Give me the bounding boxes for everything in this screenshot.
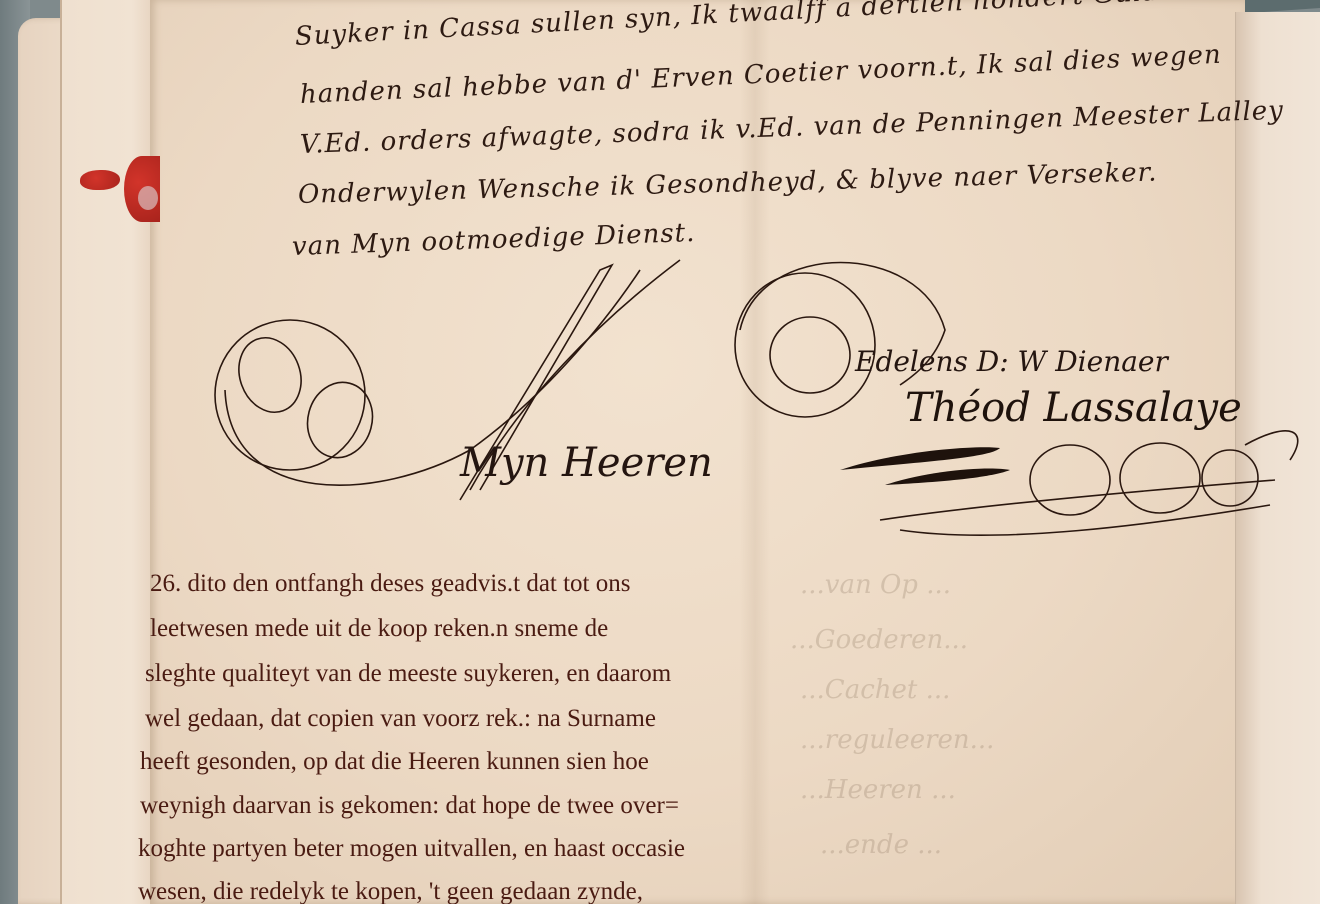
ghost-line: ...reguleeren... xyxy=(800,725,994,755)
adjacent-page-edge xyxy=(1235,12,1320,904)
ghost-line: ...Goederen... xyxy=(790,625,968,655)
note-line: koghte partyen beter mogen uitvallen, en… xyxy=(138,835,685,863)
salutation: Myn Heeren xyxy=(460,440,713,486)
ghost-line: ...Cachet ... xyxy=(800,675,950,705)
note-line: weynigh daarvan is gekomen: dat hope de … xyxy=(140,792,679,820)
note-line: sleghte qualiteyt van de meeste suykeren… xyxy=(145,660,671,688)
ghost-line: ...van Op ... xyxy=(800,570,951,600)
note-line: 26. dito den ontfangh deses geadvis.t da… xyxy=(150,570,630,598)
signature: Théod Lassalaye xyxy=(905,385,1242,431)
note-line: wesen, die redelyk te kopen, 't geen ged… xyxy=(138,878,643,904)
note-line: leetwesen mede uit de koop reken.n sneme… xyxy=(150,615,608,643)
ghost-line: ...ende ... xyxy=(820,830,942,860)
wax-seal-icon xyxy=(124,156,160,222)
closing-phrase: Edelens D: W Dienaer xyxy=(855,345,1168,378)
ghost-line: ...Heeren ... xyxy=(800,775,956,805)
note-line: heeft gesonden, op dat die Heeren kunnen… xyxy=(140,748,649,776)
note-line: wel gedaan, dat copien van voorz rek.: n… xyxy=(145,705,656,733)
wax-seal-fragment-icon xyxy=(80,170,120,190)
